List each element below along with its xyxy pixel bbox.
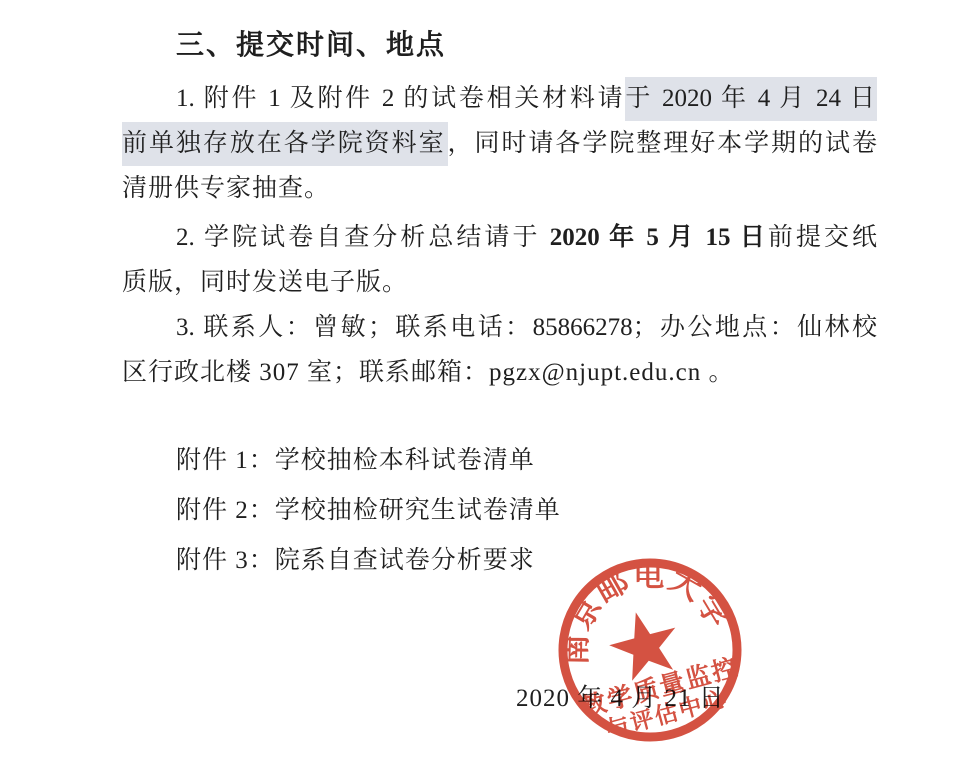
paragraph1-line2-text: ，同时请各学院整理好本学期的试卷 <box>448 130 877 157</box>
paragraph2-line1-text: 2. 学院试卷自查分析总结请于 <box>176 224 550 251</box>
paragraph1-line1: 1. 附件 1 及附件 2 的试卷相关材料请于 2020 年 4 月 24 日 <box>176 76 877 121</box>
paragraph1-line1-text: 1. 附件 1 及附件 2 的试卷相关材料请 <box>176 85 625 112</box>
paragraph1-line2: 前单独存放在各学院资料室，同时请各学院整理好本学期的试卷 <box>122 121 877 166</box>
attachment-item-3: 附件 3：院系自查试卷分析要求 <box>176 538 535 583</box>
paragraph2-line1-post-text: 前提交纸 <box>768 224 877 251</box>
highlighted-location-text: 前单独存放在各学院资料室 <box>122 122 448 166</box>
attachment-item-1: 附件 1：学校抽检本科试卷清单 <box>176 438 535 483</box>
paragraph2-line1: 2. 学院试卷自查分析总结请于 2020 年 5 月 15 日前提交纸 <box>176 215 877 260</box>
paragraph1-line3: 清册供专家抽查。 <box>122 166 330 211</box>
contact-info-line1: 3. 联系人：曾敏；联系电话：85866278；办公地点：仙林校 <box>176 305 877 350</box>
bold-deadline-text: 2020 年 5 月 15 日 <box>550 224 768 251</box>
contact-info-line2: 区行政北楼 307 室；联系邮箱：pgzx@njupt.edu.cn 。 <box>122 350 734 395</box>
section-heading: 三、提交时间、地点 <box>176 22 446 67</box>
official-seal: 南京邮电大学 教学质量监控 与评估中心 <box>545 545 755 755</box>
paragraph2-line2: 质版，同时发送电子版。 <box>122 260 408 305</box>
attachment-item-2: 附件 2：学校抽检研究生试卷清单 <box>176 488 561 533</box>
scanned-document-page: 三、提交时间、地点 1. 附件 1 及附件 2 的试卷相关材料请于 2020 年… <box>0 0 980 771</box>
highlighted-deadline-text: 于 2020 年 4 月 24 日 <box>625 77 877 121</box>
